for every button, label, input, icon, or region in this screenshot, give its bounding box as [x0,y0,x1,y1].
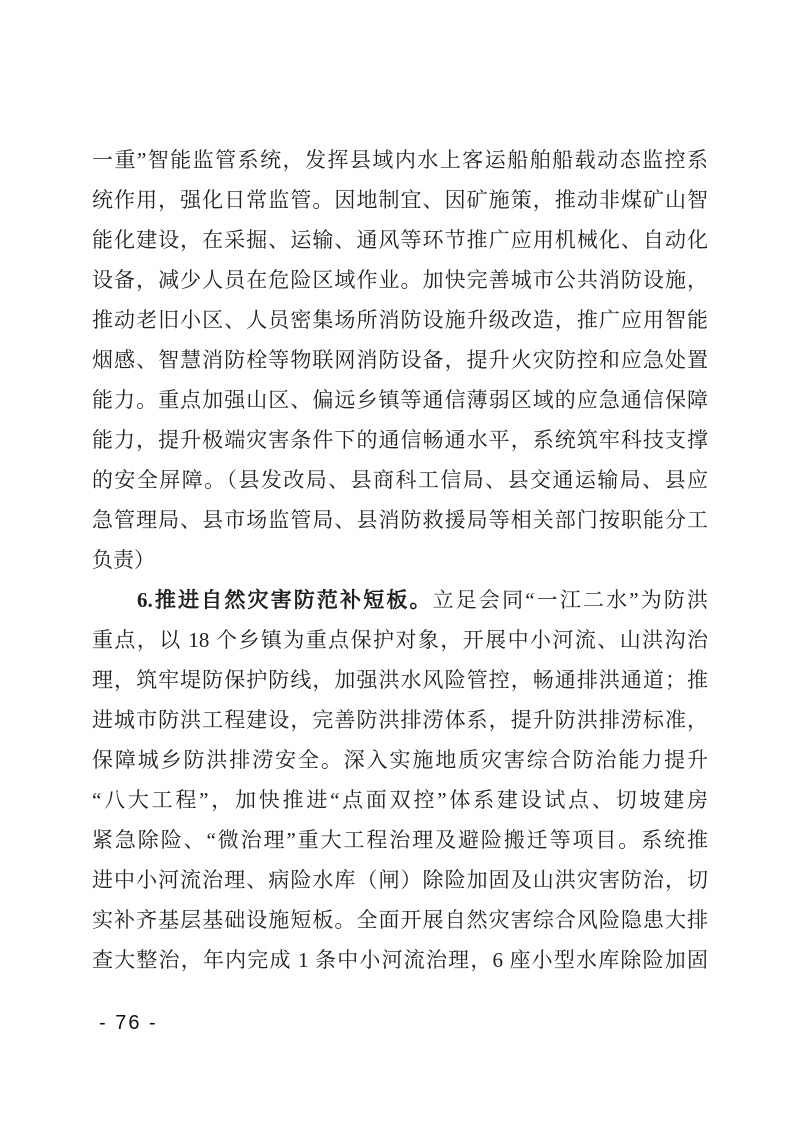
body-line: 查大整治，年内完成 1 条中小河流治理，6 座小型水库除险加固 [92,940,708,980]
body-line: 一重”智能监管系统，发挥县域内水上客运船舶船载动态监控系 [92,140,708,180]
paragraph-6-first-line: 6.推进自然灾害防范补短板。立足会同“一江二水”为防洪 [92,580,708,620]
body-line: 紧急除险、“微治理”重大工程治理及避险搬迁等项目。系统推 [92,820,708,860]
body-line: 理，筑牢堤防保护防线，加强洪水风险管控，畅通排洪通道；推 [92,660,708,700]
body-line: 设备，减少人员在危险区域作业。加快完善城市公共消防设施， [92,260,708,300]
page-number: - 76 - [99,1012,158,1035]
paragraph-6-heading: 6.推进自然灾害防范补短板。 [92,588,433,612]
body-line: 的安全屏障。（县发改局、县商科工信局、县交通运输局、县应 [92,460,708,500]
body-line: 实补齐基层基础设施短板。全面开展自然灾害综合风险隐患大排 [92,900,708,940]
body-line: 推动老旧小区、人员密集场所消防设施升级改造，推广应用智能 [92,300,708,340]
body-line: 急管理局、县市场监管局、县消防救援局等相关部门按职能分工 [92,500,708,540]
body-line: 能力。重点加强山区、偏远乡镇等通信薄弱区域的应急通信保障 [92,380,708,420]
body-line: 保障城乡防洪排涝安全。深入实施地质灾害综合防治能力提升 [92,740,708,780]
body-line: 负责） [92,540,708,580]
body-line: 重点，以 18 个乡镇为重点保护对象，开展中小河流、山洪沟治 [92,620,708,660]
document-body: 一重”智能监管系统，发挥县域内水上客运船舶船载动态监控系 统作用，强化日常监管。… [92,140,708,980]
body-line: 进城市防洪工程建设，完善防洪排涝体系，提升防洪排涝标准， [92,700,708,740]
body-line: 能化建设，在采掘、运输、通风等环节推广应用机械化、自动化 [92,220,708,260]
body-line: 能力，提升极端灾害条件下的通信畅通水平，系统筑牢科技支撑 [92,420,708,460]
document-page: 一重”智能监管系统，发挥县域内水上客运船舶船载动态监控系 统作用，强化日常监管。… [0,0,793,1122]
body-line: 烟感、智慧消防栓等物联网消防设备，提升火灾防控和应急处置 [92,340,708,380]
body-line: 进中小河流治理、病险水库（闸）除险加固及山洪灾害防治，切 [92,860,708,900]
body-line: “八大工程”，加快推进“点面双控”体系建设试点、切坡建房 [92,780,708,820]
body-line: 统作用，强化日常监管。因地制宜、因矿施策，推动非煤矿山智 [92,180,708,220]
paragraph-6-text: 立足会同“一江二水”为防洪 [433,588,708,612]
